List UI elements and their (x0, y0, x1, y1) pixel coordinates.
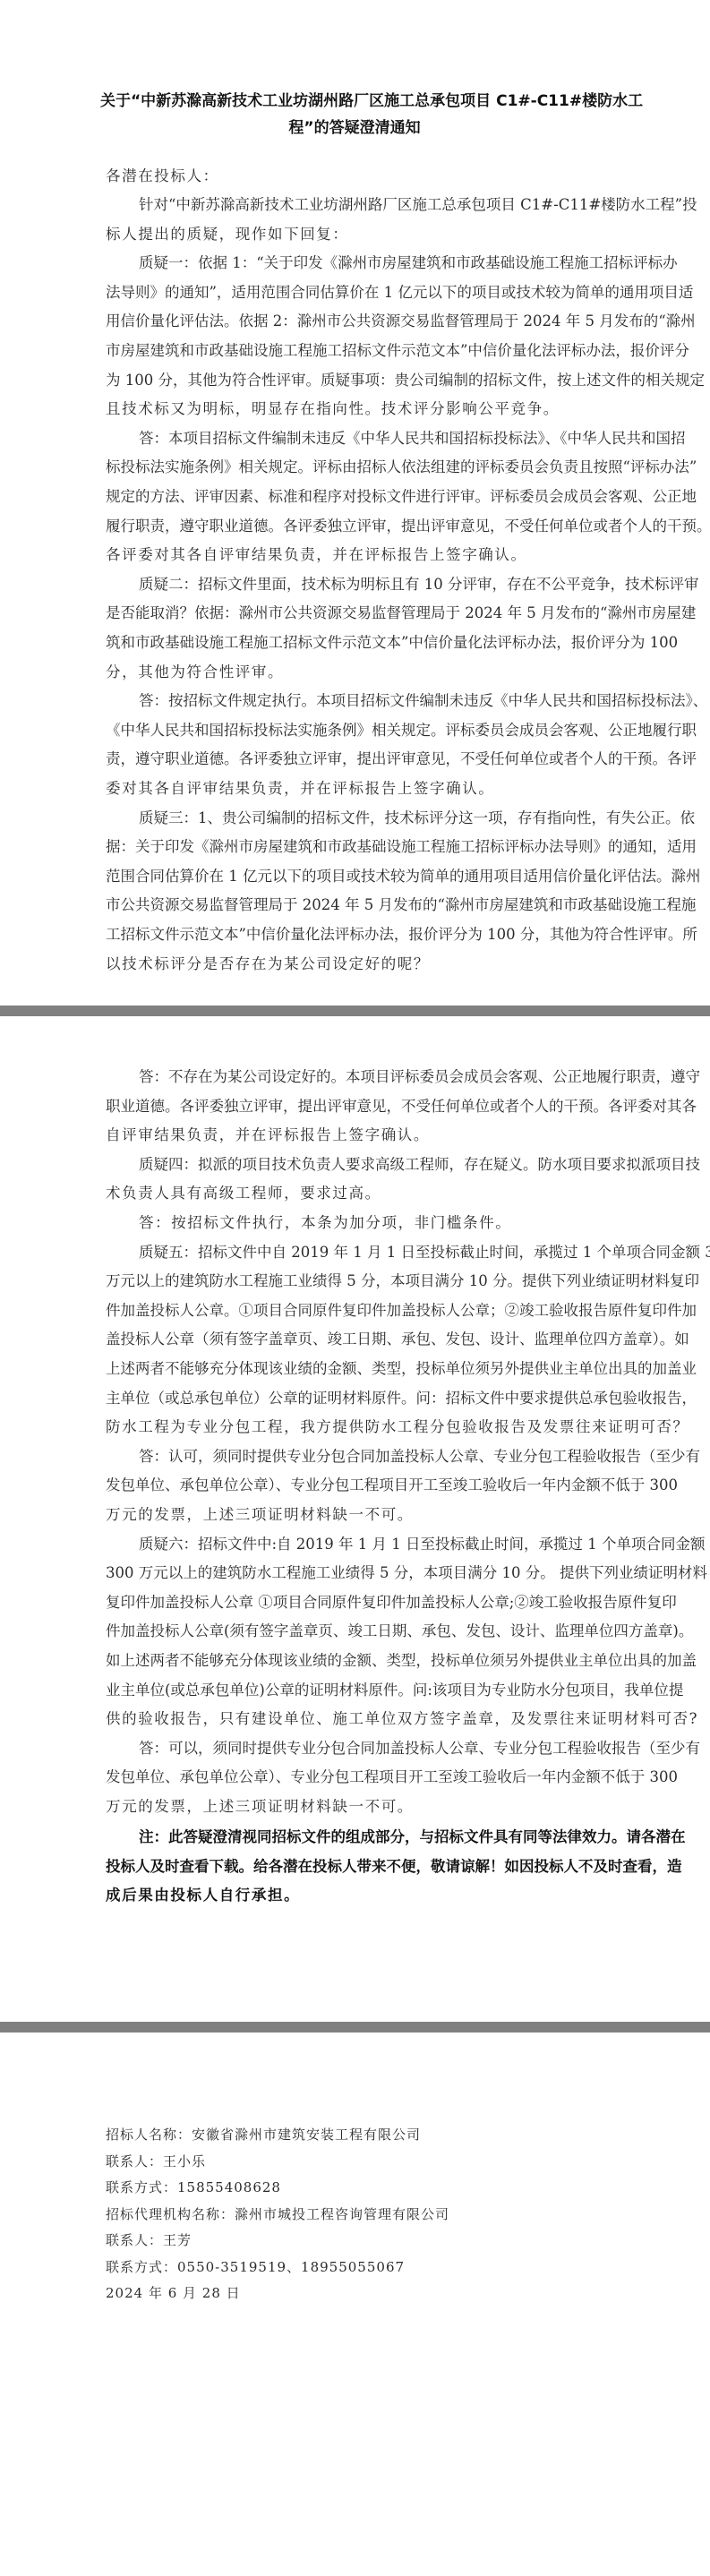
text-line: 联系人：王小乐 (106, 2152, 206, 2170)
text-line: 2024 年 6 月 28 日 (106, 2284, 241, 2302)
title-line-2: 程”的答疑澄清通知 (100, 115, 609, 141)
text-line: 联系方式：0550-3519519、18955055067 (106, 2258, 405, 2276)
text-line: 答：可以，须同时提供专业分包合同加盖投标人公章、专业分包工程验收报告（至少有 (139, 1740, 598, 1758)
text-line: 上述两者不能够充分体现该业绩的金额、类型，投标单位须另外提供业主单位出具的加盖业 (106, 1360, 598, 1378)
text-line: 复印件加盖投标人公章 ①项目合同原件复印件加盖投标人公章;②竣工验收报告原件复印 (106, 1594, 598, 1612)
text-line: 答：按招标文件执行，本条为加分项，非门槛条件。 (139, 1214, 511, 1232)
text-line: 规定的方法、评审因素、标准和程序对投标文件进行评审。评标委员会成员会客观、公正地 (106, 488, 598, 506)
text-line: 工招标文件示范文本”中信价量化法评标办法，报价评分为 100 分，其他为符合性评… (106, 926, 598, 944)
text-line: 质疑三：1、贵公司编制的招标文件，技术标评分这一项，存有指向性，有失公正。依 (139, 809, 598, 827)
text-line: 如上述两者不能够充分体现该业绩的金额、类型，投标单位须另外提供业主单位出具的加盖 (106, 1652, 598, 1670)
page-3: 招标人名称：安徽省滁州市建筑安装工程有限公司联系人：王小乐联系方式：158554… (0, 2033, 710, 2576)
text-line: 市公共资源交易监督管理局于 2024 年 5 月发布的“滁州市房屋建筑和市政基础… (106, 896, 598, 914)
text-line: 自评审结果负责，并在评标报告上签字确认。 (106, 1126, 430, 1144)
text-line: 分，其他为符合性评审。 (106, 663, 284, 681)
page-2: 答：不存在为某公司设定好的。本项目评标委员会成员会客观、公正地履行职责，遵守职业… (0, 1016, 710, 2022)
page-separator-2 (0, 2022, 710, 2033)
text-line: 万元的发票，上述三项证明材料缺一不可。 (106, 1798, 414, 1816)
text-line: 职业道德。各评委独立评审，提出评审意见，不受任何单位或者个人的干预。各评委对其各 (106, 1098, 598, 1116)
text-line: 法导则》的通知”，适用范围合同估算价在 1 亿元以下的项目或技术较为简单的通用项… (106, 284, 598, 302)
text-line: 投标人及时查看下载。给各潜在投标人带来不便，敬请谅解！如因投标人不及时查看，造 (106, 1858, 598, 1876)
text-line: 万元以上的建筑防水工程施工业绩得 5 分，本项目满分 10 分。提供下列业绩证明… (106, 1272, 598, 1290)
text-line: 履行职责，遵守职业道德。各评委独立评审，提出评审意见，不受任何单位或者个人的干预… (106, 518, 598, 535)
text-line: 发包单位、承包单位公章）、专业分包工程项目开工至竣工验收后一年内金额不低于 30… (106, 1476, 598, 1494)
text-line: 质疑五：招标文件中自 2019 年 1 月 1 日至投标截止时间，承揽过 1 个… (139, 1244, 598, 1262)
text-line: 万元的发票，上述三项证明材料缺一不可。 (106, 1506, 414, 1524)
text-line: 质疑六：招标文件中:自 2019 年 1 月 1 日至投标截止时间，承揽过 1 … (139, 1536, 598, 1553)
text-line: 针对“中新苏滁高新技术工业坊湖州路厂区施工总承包项目 C1#-C11#楼防水工程… (139, 196, 598, 214)
text-line: 招标人名称：安徽省滁州市建筑安装工程有限公司 (106, 2126, 421, 2144)
text-line: 用信价量化评估法。依据 2：滁州市公共资源交易监督管理局于 2024 年 5 月… (106, 312, 598, 330)
text-line: 答：按招标文件规定执行。本项目招标文件编制未违反《中华人民共和国招标投标法》、 (139, 692, 598, 710)
text-line: 300 万元以上的建筑防水工程施工业绩得 5 分，本项目满分 10 分。 提供下… (106, 1564, 598, 1582)
text-line: 成后果由投标人自行承担。 (106, 1887, 300, 1904)
text-line: 主单位（或总承包单位）公章的证明材料原件。问：招标文件中要求提供总承包验收报告， (106, 1390, 598, 1408)
text-line: 注：此答疑澄清视同招标文件的组成部分，与招标文件具有同等法律效力。请各潜在 (139, 1828, 598, 1846)
page-separator-1 (0, 1006, 710, 1016)
text-line: 术负责人具有高级工程师，要求过高。 (106, 1185, 381, 1202)
document-title: 关于“中新苏滁高新技术工业坊湖州路厂区施工总承包项目 C1#-C11#楼防水工 … (100, 88, 609, 141)
text-line: 联系人：王芳 (106, 2231, 192, 2249)
text-line: 责，遵守职业道德。各评委独立评审，提出评审意见，不受任何单位或者个人的干预。各评 (106, 750, 598, 768)
text-line: 为 100 分，其他为符合性评审。质疑事项：贵公司编制的招标文件，按上述文件的相… (106, 372, 598, 389)
text-line: 标投标法实施条例》相关规定。评标由招标人依法组建的评标委员会负责且按照“评标办法… (106, 458, 598, 476)
text-line: 且技术标又为明标，明显存在指向性。技术评分影响公平竞争。 (106, 400, 560, 418)
text-line: 联系方式：15855408628 (106, 2178, 281, 2196)
text-line: 筑和市政基础设施工程施工招标文件示范文本”中信价量化法评标办法，报价评分为 10… (106, 634, 598, 652)
text-line: 业主单位(或总承包单位)公章的证明材料原件。问:该项目为专业防水分包项目，我单位… (106, 1682, 598, 1699)
text-line: 盖投标人公章（须有签字盖章页、竣工日期、承包、发包、设计、监理单位四方盖章）。如 (106, 1331, 598, 1348)
text-line: 范围合同估算价在 1 亿元以下的项目或技术较为简单的通用项目适用信价量化评估法。… (106, 868, 598, 886)
title-line-1: 关于“中新苏滁高新技术工业坊湖州路厂区施工总承包项目 C1#-C11#楼防水工 (100, 88, 609, 115)
text-line: 以技术标评分是否存在为某公司设定好的呢？ (106, 955, 430, 973)
text-line: 招标代理机构名称：滁州市城投工程咨询管理有限公司 (106, 2205, 449, 2223)
text-line: 各评委对其各自评审结果负责，并在评标报告上签字确认。 (106, 546, 527, 564)
text-line: 是否能取消？依据：滁州市公共资源交易监督管理局于 2024 年 5 月发布的“滁… (106, 604, 598, 622)
text-line: 件加盖投标人公章(须有签字盖章页、竣工日期、承包、发包、设计、监理单位四方盖章)… (106, 1622, 598, 1640)
page-1: 关于“中新苏滁高新技术工业坊湖州路厂区施工总承包项目 C1#-C11#楼防水工 … (0, 0, 710, 1006)
text-line: 市房屋建筑和市政基础设施工程施工招标文件示范文本”中信价量化法评标办法，报价评分 (106, 342, 598, 360)
text-line: 答：认可，须同时提供专业分包合同加盖投标人公章、专业分包工程验收报告（至少有 (139, 1448, 598, 1466)
text-line: 防水工程为专业分包工程，我方提供防水工程分包验收报告及发票往来证明可否？ (106, 1418, 689, 1436)
salutation: 各潜在投标人： (106, 167, 219, 185)
text-line: 供的验收报告，只有建设单位、施工单位双方签字盖章，及发票往来证明材料可否? (106, 1710, 698, 1728)
text-line: 标人提出的质疑，现作如下回复： (106, 226, 349, 244)
text-line: 件加盖投标人公章。①项目合同原件复印件加盖投标人公章；②竣工验收报告原件复印件加 (106, 1302, 598, 1320)
text-line: 委对其各自评审结果负责，并在评标报告上签字确认。 (106, 780, 494, 798)
text-line: 质疑一：依据 1：“关于印发《滁州市房屋建筑和市政基础设施工程施工招标评标办 (139, 254, 598, 272)
text-line: 质疑四：拟派的项目技术负责人要求高级工程师，存在疑义。防水项目要求拟派项目技 (139, 1156, 598, 1174)
text-line: 发包单位、承包单位公章）、专业分包工程项目开工至竣工验收后一年内金额不低于 30… (106, 1768, 598, 1786)
text-line: 《中华人民共和国招标投标法实施条例》相关规定。评标委员会成员会客观、公正地履行职 (106, 722, 598, 740)
text-line: 据：关于印发《滁州市房屋建筑和市政基础设施工程施工招标评标办法导则》的通知，适用 (106, 838, 598, 856)
text-line: 答：不存在为某公司设定好的。本项目评标委员会成员会客观、公正地履行职责，遵守 (139, 1068, 598, 1086)
text-line: 质疑二：招标文件里面，技术标为明标且有 10 分评审，存在不公平竞争，技术标评审 (139, 576, 598, 594)
text-line: 答：本项目招标文件编制未违反《中华人民共和国招标投标法》、《中华人民共和国招 (139, 430, 598, 448)
